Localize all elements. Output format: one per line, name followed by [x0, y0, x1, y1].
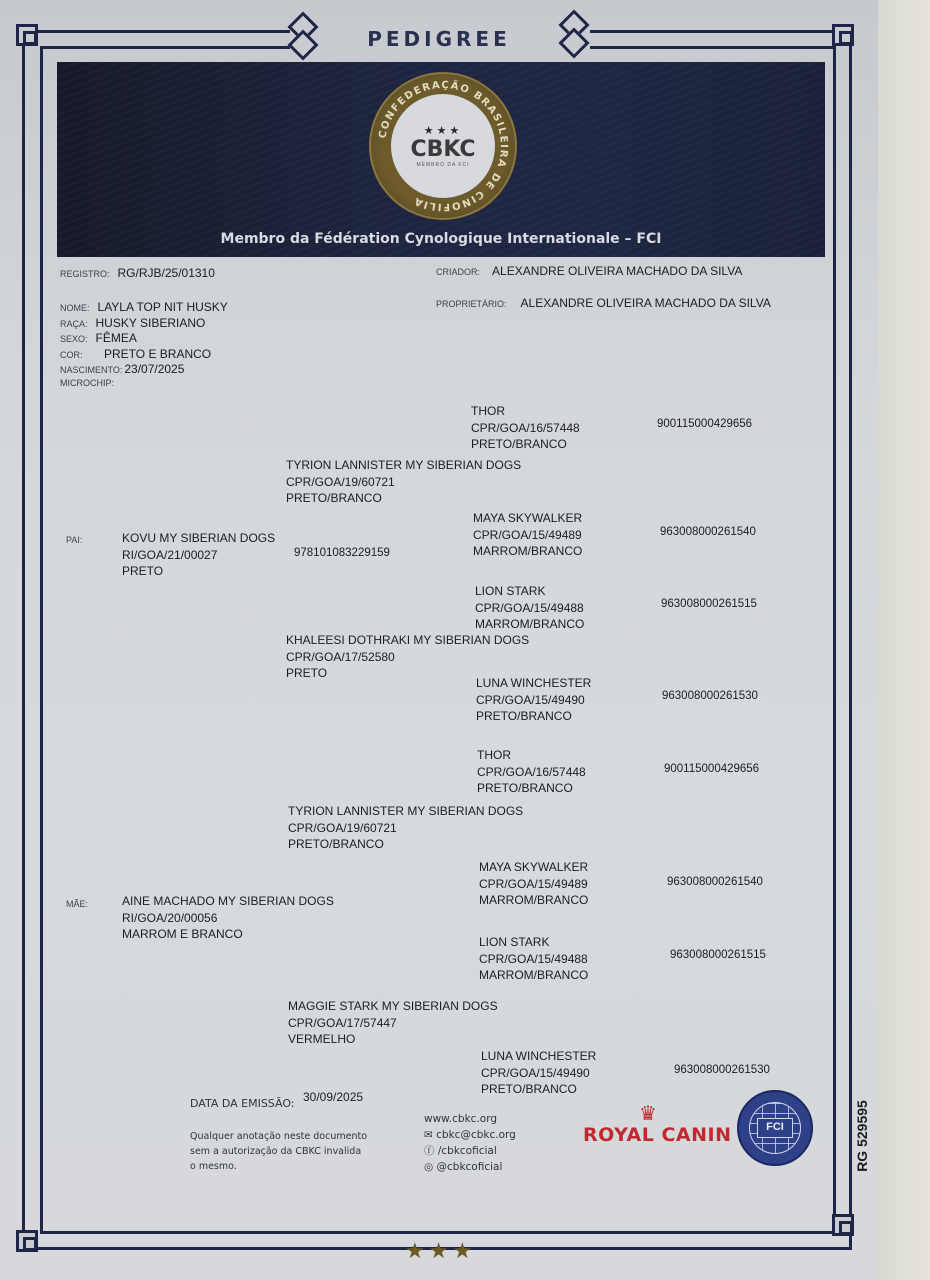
chip-number: 963008000261540 [667, 876, 763, 888]
dog-color: MARROM/BRANCO [473, 543, 582, 560]
pai: KOVU MY SIBERIAN DOGS RI/GOA/21/00027 PR… [122, 530, 275, 580]
dog-color: MARROM E BRANCO [122, 926, 334, 943]
mae-granddam-sire: LION STARK CPR/GOA/15/49488 MARROM/BRANC… [479, 934, 588, 984]
instagram-icon: ◎ [424, 1161, 433, 1173]
website-link[interactable]: www.cbkc.org [424, 1111, 516, 1127]
dog-name: LION STARK [479, 934, 588, 951]
pai-granddam-dam: LUNA WINCHESTER CPR/GOA/15/49490 PRETO/B… [476, 675, 591, 725]
email-link[interactable]: cbkc@cbkc.org [436, 1129, 516, 1141]
corner-ornament-bottom-right [832, 1214, 854, 1236]
mae-label: MÃE: [66, 899, 88, 909]
dog-name: MAYA SKYWALKER [473, 510, 582, 527]
mae-sire: TYRION LANNISTER MY SIBERIAN DOGS CPR/GO… [288, 803, 523, 853]
seal-stars-icon: ★★★ [424, 124, 463, 137]
instagram-link[interactable]: @cbkcoficial [437, 1161, 503, 1173]
cor-label: COR: [60, 350, 96, 360]
microchip-label: MICROCHIP: [60, 378, 114, 388]
proprietario-label: PROPRIETÁRIO: [436, 299, 507, 309]
dog-reg: CPR/GOA/17/57447 [288, 1015, 498, 1032]
fci-label: FCI [757, 1118, 793, 1138]
note-line: sem a autorização da CBKC invalida [190, 1144, 367, 1159]
dog-name: KHALEESI DOTHRAKI MY SIBERIAN DOGS [286, 632, 529, 649]
nascimento-value: 23/07/2025 [124, 362, 184, 376]
registro-value: RG/RJB/25/01310 [118, 266, 215, 280]
chip-number: 900115000429656 [657, 418, 752, 430]
chip-number: 963008000261540 [660, 526, 756, 538]
dog-color: PRETO/BRANCO [288, 836, 523, 853]
dog-name: MAYA SKYWALKER [479, 859, 588, 876]
facebook-link[interactable]: /cbkcoficial [438, 1145, 497, 1157]
dog-color: PRETO/BRANCO [471, 436, 580, 453]
dog-color: PRETO/BRANCO [286, 490, 521, 507]
mae: AINE MACHADO MY SIBERIAN DOGS RI/GOA/20/… [122, 893, 334, 943]
dog-reg: CPR/GOA/19/60721 [288, 820, 523, 837]
criador-value: ALEXANDRE OLIVEIRA MACHADO DA SILVA [492, 264, 742, 278]
facebook-icon: ⓕ [424, 1145, 435, 1157]
dog-color: PRETO/BRANCO [481, 1081, 596, 1098]
dog-color: PRETO [122, 563, 275, 580]
pai-granddam-sire: LION STARK CPR/GOA/15/49488 MARROM/BRANC… [475, 583, 584, 633]
note-line: o mesmo. [190, 1159, 367, 1174]
pai-grandsire-dam: MAYA SKYWALKER CPR/GOA/15/49489 MARROM/B… [473, 510, 582, 560]
chip-number: 963008000261515 [661, 598, 757, 610]
dog-name: THOR [477, 747, 586, 764]
sexo-value: FÊMEA [96, 331, 137, 345]
fci-member-caption: Membro da Fédération Cynologique Interna… [57, 231, 825, 247]
corner-ornament-bottom-left [16, 1230, 38, 1252]
dog-reg: CPR/GOA/15/49488 [479, 951, 588, 968]
nome-label: NOME: [60, 303, 90, 313]
dog-color: MARROM/BRANCO [475, 616, 584, 633]
dog-reg: CPR/GOA/15/49489 [479, 876, 588, 893]
fci-logo: FCI [737, 1090, 813, 1166]
page-title: PEDIGREE [0, 27, 878, 51]
dog-color: VERMELHO [288, 1031, 498, 1048]
pedigree-paper: PEDIGREE CONFEDERAÇÃO BRASILEIRA DE CINO… [0, 0, 878, 1280]
note-line: Qualquer anotação neste documento [190, 1129, 367, 1144]
chip-number: 963008000261530 [674, 1064, 770, 1076]
disclaimer-note: Qualquer anotação neste documento sem a … [190, 1129, 367, 1174]
dog-reg: CPR/GOA/15/49488 [475, 600, 584, 617]
dog-name: TYRION LANNISTER MY SIBERIAN DOGS [286, 457, 521, 474]
dog-reg: CPR/GOA/17/52580 [286, 649, 529, 666]
mae-grandsire-dam: MAYA SKYWALKER CPR/GOA/15/49489 MARROM/B… [479, 859, 588, 909]
pai-grandsire-sire: THOR CPR/GOA/16/57448 PRETO/BRANCO [471, 403, 580, 453]
mae-granddam-dam: LUNA WINCHESTER CPR/GOA/15/49490 PRETO/B… [481, 1048, 596, 1098]
royal-canin-logo: ♛ ROYAL CANIN [583, 1104, 713, 1146]
raca-label: RAÇA: [60, 319, 88, 329]
dog-reg: CPR/GOA/15/49490 [481, 1065, 596, 1082]
nascimento-label: NASCIMENTO: [60, 365, 122, 375]
dog-reg: RI/GOA/21/00027 [122, 547, 275, 564]
royal-canin-text: ROYAL CANIN [583, 1124, 713, 1146]
chip-number: 900115000429656 [664, 763, 759, 775]
contacts: www.cbkc.org ✉ cbkc@cbkc.org ⓕ /cbkcofic… [424, 1111, 516, 1175]
dog-color: PRETO/BRANCO [477, 780, 586, 797]
cbkc-seal-logo: CONFEDERAÇÃO BRASILEIRA DE CINOFILIA ★★★… [369, 72, 517, 220]
criador-field: CRIADOR:ALEXANDRE OLIVEIRA MACHADO DA SI… [436, 264, 742, 280]
nome-value: LAYLA TOP NIT HUSKY [98, 300, 228, 314]
background-surface [878, 0, 930, 1280]
criador-label: CRIADOR: [436, 267, 480, 277]
seal-cbkc-text: CBKC [410, 137, 475, 162]
dog-name: LION STARK [475, 583, 584, 600]
chip-number: 963008000261530 [662, 690, 758, 702]
seal-subtext: MEMBRO DA FCI [416, 162, 469, 168]
sexo-label: SEXO: [60, 334, 88, 344]
dog-name: LUNA WINCHESTER [481, 1048, 596, 1065]
dog-name: TYRION LANNISTER MY SIBERIAN DOGS [288, 803, 523, 820]
dog-color: MARROM/BRANCO [479, 892, 588, 909]
email-icon: ✉ [424, 1129, 433, 1141]
dog-reg: CPR/GOA/15/49490 [476, 692, 591, 709]
emissao-label: DATA DA EMISSÃO: [190, 1097, 295, 1110]
dog-name: MAGGIE STARK MY SIBERIAN DOGS [288, 998, 498, 1015]
dog-reg: CPR/GOA/19/60721 [286, 474, 521, 491]
dog-info: NOME:LAYLA TOP NIT HUSKY RAÇA:HUSKY SIBE… [60, 300, 228, 393]
emissao-value: 30/09/2025 [303, 1090, 363, 1104]
dog-name: KOVU MY SIBERIAN DOGS [122, 530, 275, 547]
dog-reg: RI/GOA/20/00056 [122, 910, 334, 927]
cor-value: PRETO E BRANCO [104, 347, 211, 361]
pai-label: PAI: [66, 535, 82, 545]
dog-color: MARROM/BRANCO [479, 967, 588, 984]
rg-serial-number: RG 529595 [854, 1100, 870, 1172]
dog-color: PRETO/BRANCO [476, 708, 591, 725]
proprietario-field: PROPRIETÁRIO:ALEXANDRE OLIVEIRA MACHADO … [436, 296, 771, 312]
mae-grandsire-sire: THOR CPR/GOA/16/57448 PRETO/BRANCO [477, 747, 586, 797]
registro-field: REGISTRO:RG/RJB/25/01310 [60, 266, 215, 282]
proprietario-value: ALEXANDRE OLIVEIRA MACHADO DA SILVA [521, 296, 771, 310]
dog-reg: CPR/GOA/16/57448 [471, 420, 580, 437]
dog-reg: CPR/GOA/15/49489 [473, 527, 582, 544]
three-stars-icon: ★★★ [405, 1238, 476, 1264]
dog-name: THOR [471, 403, 580, 420]
chip-number: 963008000261515 [670, 949, 766, 961]
mae-dam: MAGGIE STARK MY SIBERIAN DOGS CPR/GOA/17… [288, 998, 498, 1048]
raca-value: HUSKY SIBERIANO [96, 316, 206, 330]
cbkc-banner: CONFEDERAÇÃO BRASILEIRA DE CINOFILIA ★★★… [57, 62, 825, 257]
dog-name: AINE MACHADO MY SIBERIAN DOGS [122, 893, 334, 910]
dog-name: LUNA WINCHESTER [476, 675, 591, 692]
dog-reg: CPR/GOA/16/57448 [477, 764, 586, 781]
crown-icon: ♛ [583, 1104, 713, 1124]
seal-center: ★★★ CBKC MEMBRO DA FCI [391, 94, 495, 198]
pai-chip-number: 978101083229159 [294, 547, 390, 559]
registro-label: REGISTRO: [60, 269, 110, 279]
pai-sire: TYRION LANNISTER MY SIBERIAN DOGS CPR/GO… [286, 457, 521, 507]
